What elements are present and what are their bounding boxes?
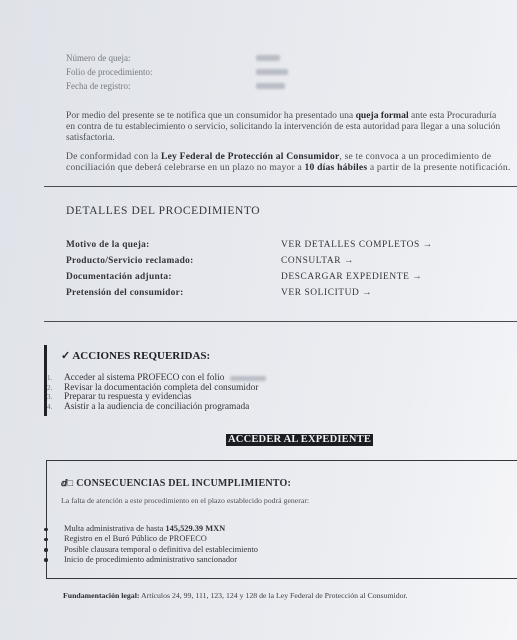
detail-label: Motivo de la queja: <box>66 240 150 250</box>
consequences-box: ⅆ□CONSECUENCIAS DEL INCUMPLIMIENTO: La f… <box>46 460 517 579</box>
detail-row-attached-docs: Documentación adjunta: DESCARGAR EXPEDIE… <box>66 272 466 288</box>
download-file-link[interactable]: DESCARGAR EXPEDIENTE → <box>281 272 422 282</box>
actions-list: 1. Acceder al sistema PROFECO con el fol… <box>44 374 266 412</box>
meta-label: Fecha de registro: <box>66 79 256 93</box>
redacted-value <box>256 69 288 75</box>
list-item: Multa administrativa de hasta 145,529.39… <box>47 524 258 534</box>
detail-row-complaint-reason: Motivo de la queja: VER DETALLES COMPLET… <box>66 240 466 256</box>
list-item: Inicio de procedimiento administrativo s… <box>47 555 258 565</box>
meta-label: Folio de procedimiento: <box>66 65 256 79</box>
list-item: 4. Asistir a la audiencia de conciliació… <box>44 403 266 413</box>
procedure-details: Motivo de la queja: VER DETALLES COMPLET… <box>66 240 466 304</box>
divider <box>44 321 517 322</box>
meta-row-registration-date: Fecha de registro: <box>66 79 288 93</box>
view-full-details-link[interactable]: VER DETALLES COMPLETOS → <box>281 240 433 250</box>
detail-label: Producto/Servicio reclamado: <box>66 256 194 266</box>
legal-foundation: Fundamentación legal: Artículos 24, 99, … <box>63 591 408 600</box>
meta-row-complaint-number: Número de queja: <box>66 51 288 65</box>
legal-basis-paragraph: De conformidad con la Ley Federal de Pro… <box>66 151 517 173</box>
detail-row-product-service: Producto/Servicio reclamado: CONSULTAR → <box>66 256 466 272</box>
redacted-folio <box>230 376 266 381</box>
consequences-title: ⅆ□CONSECUENCIAS DEL INCUMPLIMIENTO: <box>61 478 291 489</box>
detail-row-consumer-claim: Pretensión del consumidor: VER SOLICITUD… <box>66 288 466 304</box>
consequences-list: Multa administrativa de hasta 145,529.39… <box>47 524 258 565</box>
details-section-title: DETALLES DEL PROCEDIMIENTO <box>66 205 260 217</box>
list-item: Posible clausura temporal o definitiva d… <box>47 545 258 555</box>
meta-row-procedure-folio: Folio de procedimiento: <box>66 65 288 79</box>
case-metadata: Número de queja: Folio de procedimiento:… <box>66 51 288 93</box>
view-request-link[interactable]: VER SOLICITUD → <box>281 288 372 298</box>
consult-link[interactable]: CONSULTAR → <box>281 256 354 266</box>
list-item: Registro en el Buró Público de PROFECO <box>47 534 258 544</box>
notice-paragraph: Por medio del presente se te notifica qu… <box>66 110 517 143</box>
access-file-button[interactable]: ACCEDER AL EXPEDIENTE <box>226 434 373 446</box>
divider <box>44 186 517 187</box>
redacted-value <box>256 83 285 89</box>
meta-label: Número de queja: <box>66 51 256 65</box>
detail-label: Documentación adjunta: <box>66 272 172 282</box>
warning-icon: ⅆ□ <box>61 478 73 488</box>
required-actions-title: ✓ ACCIONES REQUERIDAS: <box>61 349 210 362</box>
redacted-value <box>256 55 280 61</box>
consequences-intro: La falta de atención a este procedimient… <box>61 496 309 505</box>
detail-label: Pretensión del consumidor: <box>66 288 184 298</box>
notification-document: Número de queja: Folio de procedimiento:… <box>0 0 517 640</box>
